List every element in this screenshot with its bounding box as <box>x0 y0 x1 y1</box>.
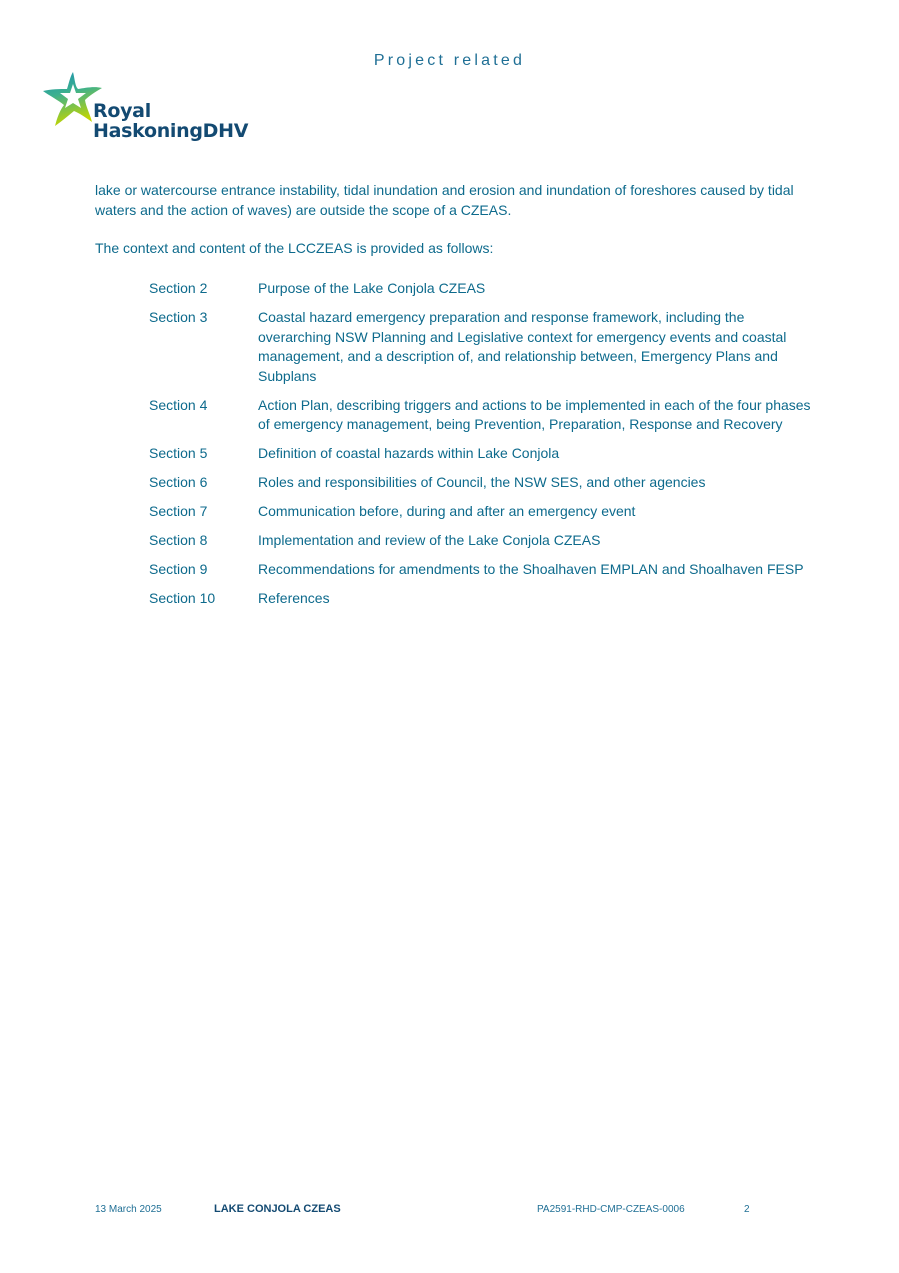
body-text: lake or watercourse entrance instability… <box>95 180 815 276</box>
section-row: Section 9 Recommendations for amendments… <box>149 560 814 580</box>
section-description: Purpose of the Lake Conjola CZEAS <box>258 279 814 299</box>
section-description: Action Plan, describing triggers and act… <box>258 396 814 435</box>
section-description: Implementation and review of the Lake Co… <box>258 531 814 551</box>
paragraph: The context and content of the LCCZEAS i… <box>95 238 815 258</box>
header-label: Project related <box>0 52 899 70</box>
section-number: Section 7 <box>149 502 258 522</box>
section-row: Section 7 Communication before, during a… <box>149 502 814 522</box>
section-row: Section 10 References <box>149 589 814 609</box>
section-description: Recommendations for amendments to the Sh… <box>258 560 814 580</box>
section-number: Section 6 <box>149 473 258 493</box>
footer-reference: PA2591-RHD-CMP-CZEAS-0006 <box>537 1204 685 1215</box>
page-number: 2 <box>744 1204 750 1215</box>
section-row: Section 8 Implementation and review of t… <box>149 531 814 551</box>
section-row: Section 3 Coastal hazard emergency prepa… <box>149 308 814 386</box>
section-number: Section 5 <box>149 444 258 464</box>
section-list: Section 2 Purpose of the Lake Conjola CZ… <box>149 279 814 618</box>
section-row: Section 6 Roles and responsibilities of … <box>149 473 814 493</box>
section-row: Section 2 Purpose of the Lake Conjola CZ… <box>149 279 814 299</box>
section-description: Definition of coastal hazards within Lak… <box>258 444 814 464</box>
section-description: Coastal hazard emergency preparation and… <box>258 308 814 386</box>
section-number: Section 10 <box>149 589 258 609</box>
logo-text-line1: Royal <box>93 101 248 121</box>
section-number: Section 2 <box>149 279 258 299</box>
paragraph: lake or watercourse entrance instability… <box>95 180 815 220</box>
section-row: Section 4 Action Plan, describing trigge… <box>149 396 814 435</box>
footer-title: LAKE CONJOLA CZEAS <box>214 1203 341 1215</box>
section-number: Section 3 <box>149 308 258 386</box>
section-number: Section 9 <box>149 560 258 580</box>
company-logo: Royal HaskoningDHV <box>42 70 262 150</box>
section-number: Section 4 <box>149 396 258 435</box>
section-row: Section 5 Definition of coastal hazards … <box>149 444 814 464</box>
section-description: Communication before, during and after a… <box>258 502 814 522</box>
section-number: Section 8 <box>149 531 258 551</box>
logo-text-line2: HaskoningDHV <box>93 121 248 141</box>
section-description: Roles and responsibilities of Council, t… <box>258 473 814 493</box>
footer-date: 13 March 2025 <box>95 1204 162 1215</box>
section-description: References <box>258 589 814 609</box>
page-footer: 13 March 2025 LAKE CONJOLA CZEAS PA2591-… <box>0 1204 899 1220</box>
